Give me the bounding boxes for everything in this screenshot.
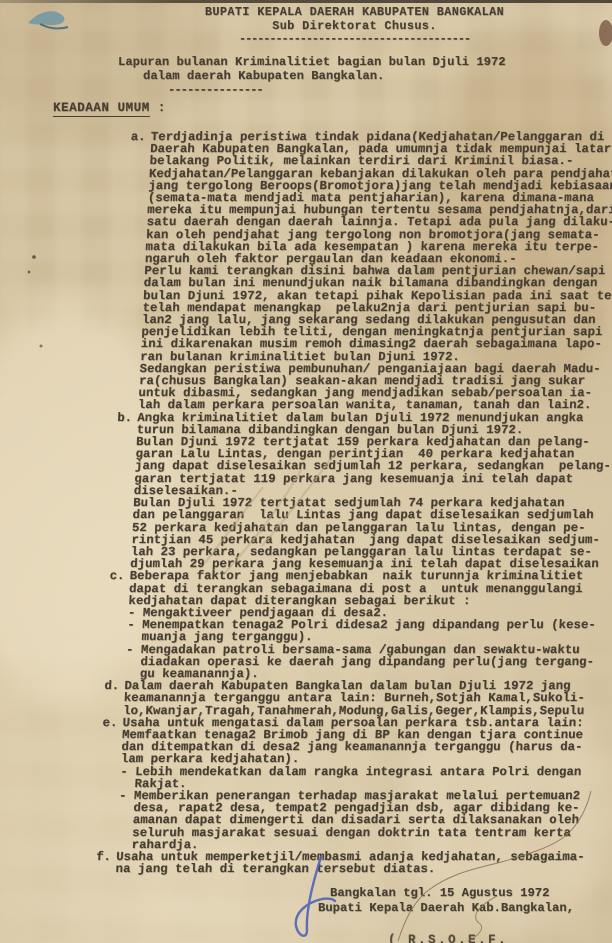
letterhead-subdivision: Sub Direktorat Chusus. bbox=[102, 20, 607, 34]
paragraph-a: a. Terdjadinja peristiwa tindak pidana(K… bbox=[118, 131, 612, 412]
scan-edge-shadow bbox=[0, 0, 612, 3]
paragraph-label: c. bbox=[109, 570, 124, 582]
paragraph-label: e. bbox=[102, 717, 117, 729]
letterhead-divider: -------------------------------------- bbox=[102, 33, 607, 47]
paragraph-text: Beberapa faktor jang menjebabkan naik tu… bbox=[125, 570, 602, 680]
letterhead-office: BUPATI KEPALA DAERAH KABUPATEN BANGKALAN bbox=[102, 6, 607, 20]
paragraph-text: Angka kriminalitiet dalam bulan Djuli 19… bbox=[130, 412, 610, 571]
paragraph-c: c. Beberapa faktor jang menjebabkan naik… bbox=[105, 570, 602, 680]
title-divider: --------------- bbox=[168, 83, 506, 97]
letterhead: BUPATI KEPALA DAERAH KABUPATEN BANGKALAN… bbox=[102, 6, 607, 47]
paragraph-text: Usaha untuk mengatasi dalam persoalan pe… bbox=[116, 717, 594, 851]
paragraph-text: Dalam daerah Kabupaten Bangkalan dalam b… bbox=[123, 680, 597, 717]
paragraph-e: e. Usaha untuk mengatasi dalam persoalan… bbox=[96, 717, 594, 851]
document-title: Lapuran bulanan Kriminalitiet bagian bul… bbox=[118, 55, 506, 97]
paragraph-text: Terdjadinja peristiwa tindak pidana(Kedj… bbox=[138, 131, 612, 412]
paragraph-label: f. bbox=[96, 851, 111, 863]
report-body: a. Terdjadinja peristiwa tindak pidana(K… bbox=[95, 131, 612, 875]
scanned-document-page: BUPATI KEPALA DAERAH KABUPATEN BANGKALAN… bbox=[0, 0, 612, 943]
closing-signer-title: Bupati Kepala Daerah Kab.Bangkalan, bbox=[318, 901, 574, 916]
closing-place-date: Bangkalan tgl. 15 Agustus 1972 bbox=[318, 886, 574, 901]
paragraph-label: a. bbox=[130, 131, 145, 143]
paragraph-b: b. Angka kriminalitiet dalam bulan Djuli… bbox=[110, 412, 610, 571]
title-line-2: dalam daerah Kabupaten Bangkalan. bbox=[118, 69, 506, 83]
paragraph-d: d. Dalam daerah Kabupaten Bangkalan dala… bbox=[103, 680, 597, 717]
paragraph-label: d. bbox=[104, 680, 119, 692]
section-heading-colon: : bbox=[150, 101, 166, 115]
signer-name-partial: ( R.S.O.E.F. bbox=[388, 933, 508, 943]
paragraph-f: f. Usaha untuk memperketjil/membasmi ada… bbox=[95, 851, 588, 875]
paragraph-text: Usaha untuk memperketjil/membasmi adanja… bbox=[115, 851, 588, 875]
paragraph-label: b. bbox=[117, 412, 132, 424]
section-heading: KEADAAN UMUM : bbox=[53, 101, 166, 115]
closing-block: Bangkalan tgl. 15 Agustus 1972 Bupati Ke… bbox=[318, 886, 574, 916]
title-line-1: Lapuran bulanan Kriminalitiet bagian bul… bbox=[118, 55, 506, 69]
